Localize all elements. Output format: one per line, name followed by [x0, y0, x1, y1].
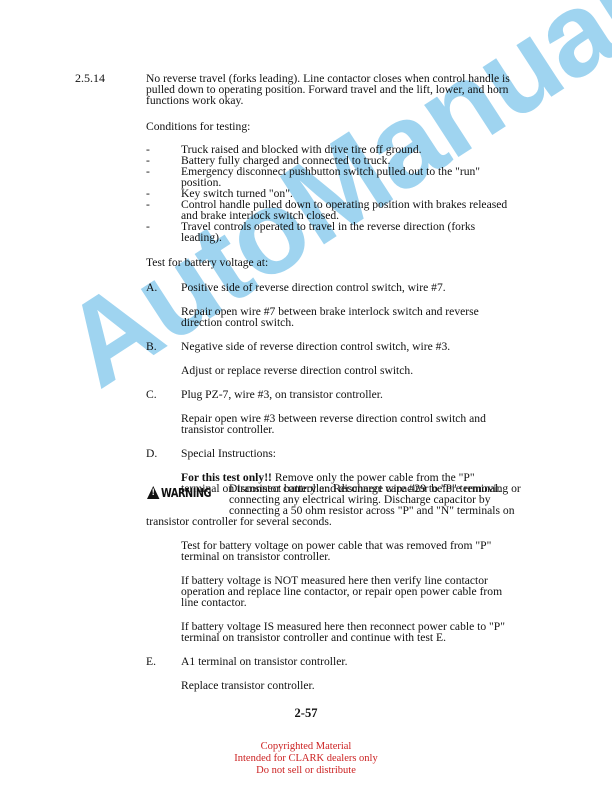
test-e-title: A1 terminal on transistor controller.: [181, 656, 347, 667]
test-d-test-text: terminal on transistor controller.: [181, 551, 330, 562]
section-number: 2.5.14: [75, 73, 105, 84]
test-b-action: Adjust or replace reverse direction cont…: [181, 365, 413, 376]
test-a-title: Positive side of reverse direction contr…: [181, 282, 446, 293]
test-e-letter: E.: [146, 656, 156, 667]
warning-label: WARNING: [161, 485, 211, 500]
bullet-dash: -: [146, 199, 150, 210]
test-e-action: Replace transistor controller.: [181, 680, 315, 691]
warning-triangle-icon: [147, 486, 159, 499]
test-b-title: Negative side of reverse direction contr…: [181, 341, 450, 352]
conditions-heading: Conditions for testing:: [146, 121, 250, 132]
test-c-letter: C.: [146, 389, 157, 400]
test-heading: Test for battery voltage at:: [146, 257, 268, 268]
test-b-letter: B.: [146, 341, 157, 352]
test-d-is-measured: terminal on transistor controller and co…: [181, 632, 446, 643]
condition-item: Emergency disconnect pushbutton switch p…: [181, 166, 480, 177]
test-d-letter: D.: [146, 448, 157, 459]
test-d-not-measured: line contactor.: [181, 597, 247, 608]
copyright-line: Copyrighted Material: [0, 741, 612, 753]
copyright-line: Do not sell or distribute: [0, 765, 612, 777]
test-a-letter: A.: [146, 282, 157, 293]
page-number: 2-57: [0, 708, 612, 719]
warning-text: transistor controller for several second…: [146, 516, 332, 527]
condition-item: Travel controls operated to travel in th…: [181, 221, 475, 232]
test-c-action: transistor controller.: [181, 424, 274, 435]
copyright-line: Intended for CLARK dealers only: [0, 753, 612, 765]
test-d-title: Special Instructions:: [181, 448, 276, 459]
warning-badge: WARNING: [147, 485, 211, 500]
intro-line: functions work okay.: [146, 95, 243, 106]
test-c-title: Plug PZ-7, wire #3, on transistor contro…: [181, 389, 383, 400]
condition-item-cont: leading).: [181, 232, 222, 243]
bullet-dash: -: [146, 166, 150, 177]
test-a-action: direction control switch.: [181, 317, 294, 328]
bullet-dash: -: [146, 221, 150, 232]
